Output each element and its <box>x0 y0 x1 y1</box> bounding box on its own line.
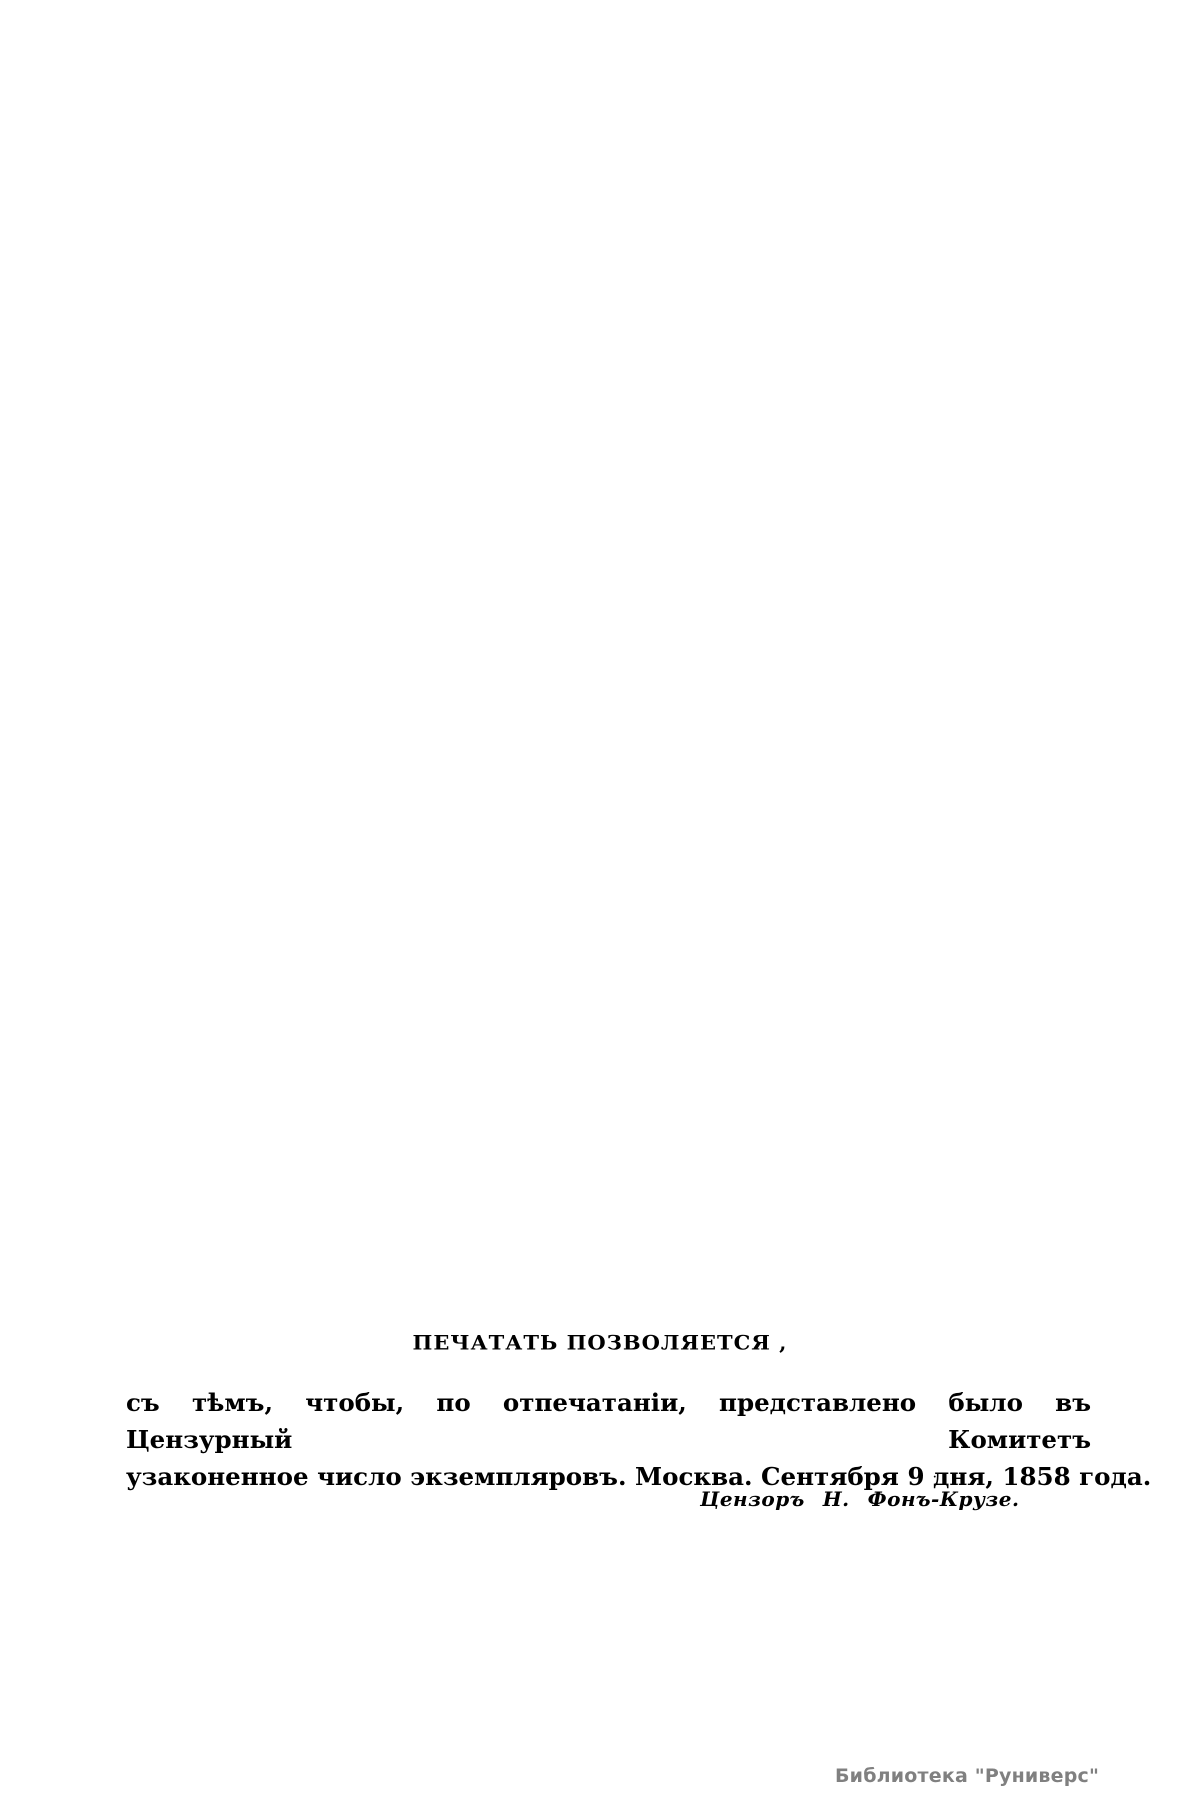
ink-mark: · <box>933 1472 936 1483</box>
censorship-heading: ПЕЧАТАТЬ ПОЗВОЛЯЕТСЯ , <box>0 1331 1200 1355</box>
library-watermark: Библиотека "Руниверс" <box>835 1765 1099 1787</box>
document-page: ПЕЧАТАТЬ ПОЗВОЛЯЕТСЯ , съ тѣмъ, чтобы, п… <box>0 0 1200 1818</box>
signature-initial: Н. <box>823 1487 850 1511</box>
text-line: съ тѣмъ, чтобы, по отпечатаніи, представ… <box>126 1384 1091 1458</box>
signature-name: Фонъ-Крузе. <box>868 1487 1020 1511</box>
censor-signature: ЦензоръН.Фонъ-Крузе. <box>700 1487 1037 1511</box>
censorship-text: съ тѣмъ, чтобы, по отпечатаніи, представ… <box>126 1384 1091 1495</box>
signature-title: Цензоръ <box>700 1487 805 1511</box>
